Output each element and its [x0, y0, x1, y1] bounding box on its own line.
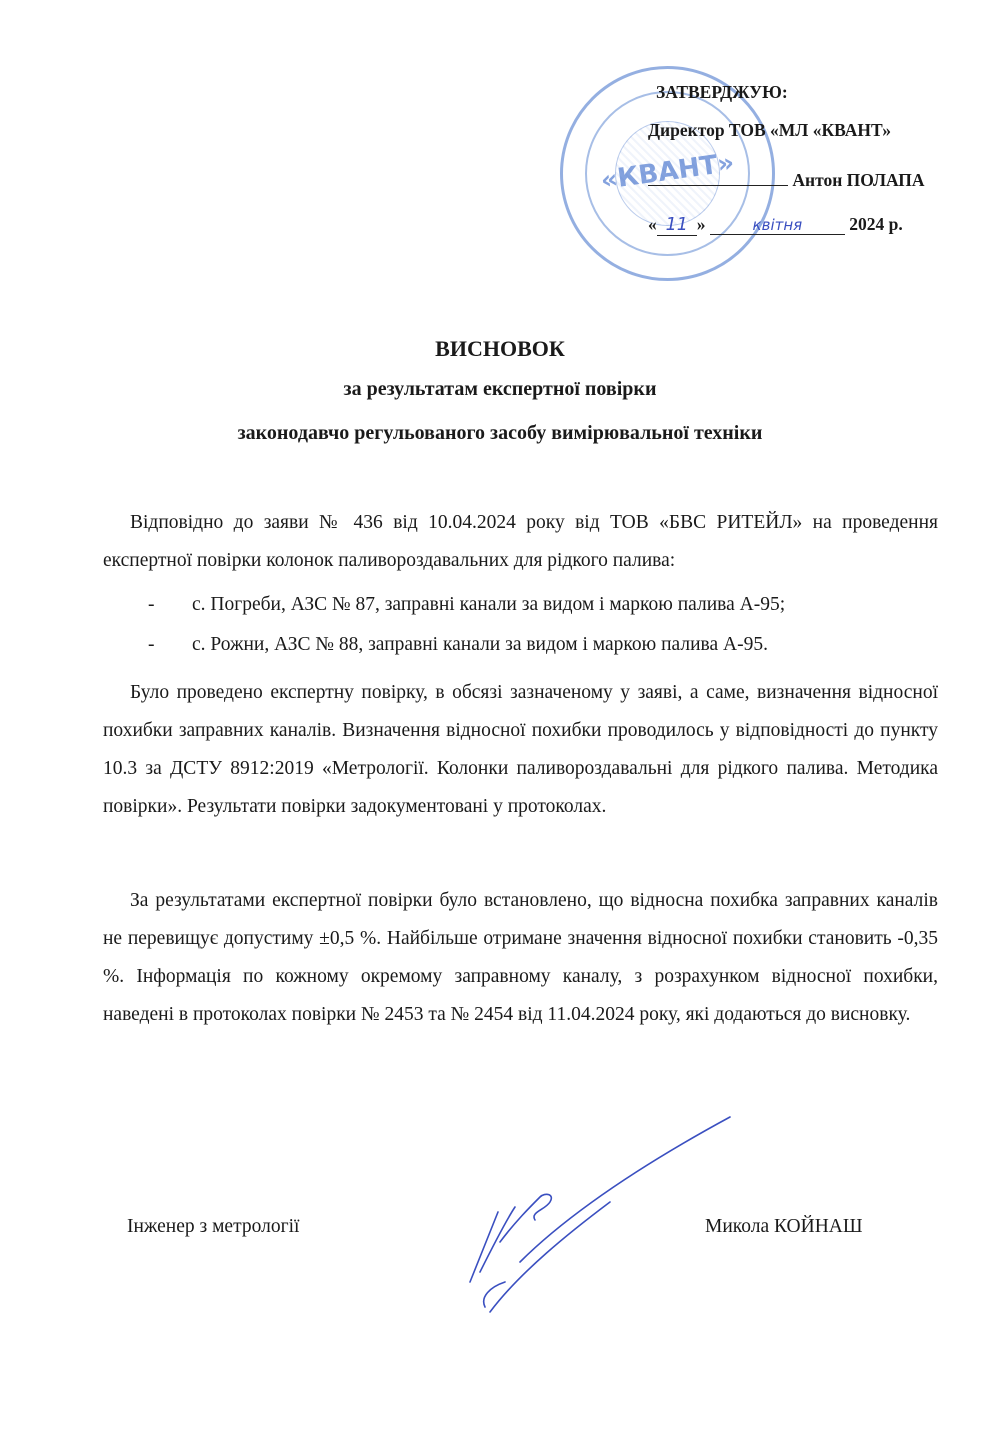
document-subtitle-1: за результатам експертної повірки	[0, 378, 1000, 401]
paragraph-procedure-text: Було проведено експертну повірку, в обся…	[103, 682, 938, 817]
signatory-role: Інженер з метрології	[127, 1216, 299, 1238]
paragraph-results-text: За результатами експертної повірки було …	[103, 890, 938, 1025]
paragraph-procedure: Було проведено експертну повірку, в обся…	[103, 674, 938, 826]
date-day: 11	[657, 215, 697, 236]
list-item: -с. Рожни, АЗС № 88, заправні канали за …	[148, 634, 768, 656]
date-open-quote: «	[648, 214, 657, 234]
list-item: -с. Погреби, АЗС № 87, заправні канали з…	[148, 594, 785, 616]
approval-heading: ЗАТВЕРДЖУЮ:	[656, 82, 788, 103]
paragraph-request: Відповідно до заяви № 436 від 10.04.2024…	[103, 504, 938, 580]
approval-date-line: «11» квітня 2024 р.	[648, 214, 903, 236]
signatory-name: Микола КОЙНАШ	[705, 1216, 863, 1238]
approval-position: Директор ТОВ «МЛ «КВАНТ»	[648, 120, 891, 141]
document-subtitle-2: законодавчо регульованого засобу вимірюв…	[0, 422, 1000, 445]
paragraph-results: За результатами експертної повірки було …	[103, 882, 938, 1034]
engineer-signature	[460, 1112, 740, 1322]
date-month: квітня	[710, 216, 845, 235]
list-dash: -	[148, 594, 192, 616]
paragraph-request-text: Відповідно до заяви № 436 від 10.04.2024…	[103, 512, 938, 571]
director-name: Антон ПОЛАПА	[792, 170, 924, 190]
director-signature-line	[648, 185, 788, 186]
approval-name-line: Антон ПОЛАПА	[648, 170, 925, 191]
list-dash: -	[148, 634, 192, 656]
list-item-text: с. Погреби, АЗС № 87, заправні канали за…	[192, 594, 785, 615]
document-page: «КВАНТ» ЗАТВЕРДЖУЮ: Директор ТОВ «МЛ «КВ…	[0, 0, 1000, 1452]
document-title: ВИСНОВОК	[0, 336, 1000, 362]
date-year: 2024 р.	[849, 214, 902, 234]
date-close-quote: »	[697, 214, 706, 234]
list-item-text: с. Рожни, АЗС № 88, заправні канали за в…	[192, 634, 768, 655]
